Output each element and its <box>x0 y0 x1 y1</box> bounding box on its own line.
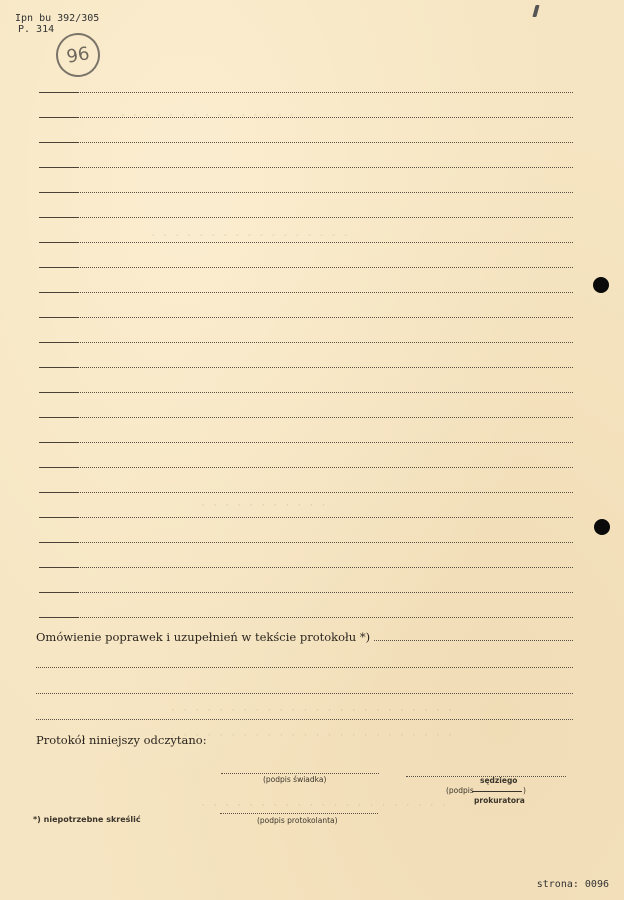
official-caption-suffix: ) <box>523 786 526 795</box>
page-footer-label: strona: 0096 <box>537 879 609 890</box>
corrections-fill-line[interactable] <box>374 640 573 641</box>
bleed-through-texture: · · · · · · · · · · · <box>200 500 326 511</box>
page-number-stamp: 96 <box>53 30 104 81</box>
corrections-line[interactable] <box>36 667 573 668</box>
ruled-line[interactable] <box>39 492 573 493</box>
ruled-line[interactable] <box>39 392 573 393</box>
ruled-line[interactable] <box>39 517 573 518</box>
ruled-line[interactable] <box>39 417 573 418</box>
clerk-signature-line[interactable] <box>220 813 378 814</box>
archive-reference-line1: Ipn bu 392/305 <box>15 13 99 24</box>
footnote: *) niepotrzebne skreślić <box>33 815 141 824</box>
ruled-line[interactable] <box>39 92 573 93</box>
official-option-prosecutor: prokuratora <box>474 796 525 805</box>
witness-signature-caption: (podpis świadka) <box>263 775 326 784</box>
ruled-line[interactable] <box>39 167 573 168</box>
punch-hole-icon <box>593 277 609 293</box>
ruled-line[interactable] <box>39 242 573 243</box>
bleed-through-texture: · · · · · · · · · · · · · · · · · · · · … <box>170 705 453 716</box>
ruled-line[interactable] <box>39 142 573 143</box>
page-number-stamp-text: 96 <box>65 43 91 68</box>
ruled-line[interactable] <box>39 367 573 368</box>
ruled-line[interactable] <box>39 592 573 593</box>
ruled-line[interactable] <box>39 192 573 193</box>
corrections-label: Omówienie poprawek i uzupełnień w tekści… <box>36 630 370 644</box>
bleed-through-texture: · · · · · · · · · · · · · · · <box>120 110 295 121</box>
corrections-line[interactable] <box>36 693 573 694</box>
bleed-through-texture: · · · · · · · · · · · · · · · · · · · · … <box>200 800 447 811</box>
bleed-through-texture: · · · · · · · · · · · · · · · · · · · · … <box>170 730 453 741</box>
ruled-line[interactable] <box>39 117 573 118</box>
ruled-line[interactable] <box>39 542 573 543</box>
option-divider <box>472 791 522 792</box>
ruled-line[interactable] <box>39 267 573 268</box>
ruled-line[interactable] <box>39 567 573 568</box>
ruled-line[interactable] <box>39 467 573 468</box>
archive-reference-line2: P. 314 <box>15 24 99 35</box>
corrections-row: Omówienie poprawek i uzupełnień w tekści… <box>36 630 573 644</box>
archive-reference: Ipn bu 392/305 P. 314 <box>15 13 99 35</box>
bleed-through-texture: - - - - - - - - - - - - - - - - - <box>150 230 349 241</box>
official-option-judge: sędziego <box>480 776 517 785</box>
official-caption-prefix: (podpis <box>446 786 474 795</box>
witness-signature-line[interactable] <box>221 773 379 774</box>
ruled-line[interactable] <box>39 292 573 293</box>
ruled-line[interactable] <box>39 342 573 343</box>
ruled-line[interactable] <box>39 317 573 318</box>
pencil-mark-icon <box>532 5 539 17</box>
corrections-line[interactable] <box>36 719 573 720</box>
ruled-line[interactable] <box>39 617 573 618</box>
clerk-signature-caption: (podpis protokolanta) <box>257 816 338 825</box>
ruled-line[interactable] <box>39 442 573 443</box>
punch-hole-icon <box>594 519 610 535</box>
read-aloud-label: Protokół niniejszy odczytano: <box>36 733 207 747</box>
ruled-line[interactable] <box>39 217 573 218</box>
